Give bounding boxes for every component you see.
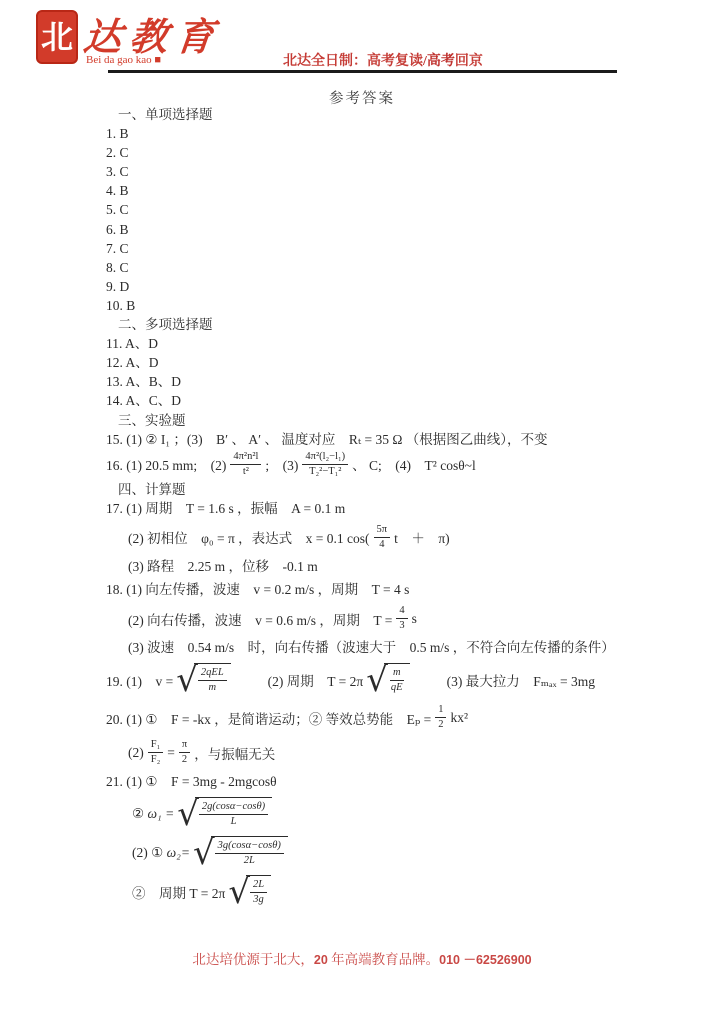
q18-fraction: 4 3 <box>396 605 407 632</box>
section-heading-single-choice: 一、单项选择题 <box>106 105 698 124</box>
q17-text: t ＋ π) <box>394 527 450 547</box>
footer-phone: 010 －62526900 <box>439 953 531 967</box>
answer-q20-part2: (2) F₁ F₂ = π 2 ，与振幅无关 <box>106 737 698 768</box>
answer-item: 8. C <box>106 258 698 277</box>
q19-text: 19. (1) v = <box>106 670 173 690</box>
q20-fraction-half: 1 2 <box>435 704 446 731</box>
radicand: 2qEL m <box>194 663 231 696</box>
answer-item: 2. C <box>106 143 698 162</box>
radicand: m qE <box>384 663 410 696</box>
q16-fraction-2: 4π²(l₂−l₁) T₂²−T₁² <box>302 451 348 478</box>
fraction-denominator: 2 <box>179 753 190 766</box>
fraction-numerator: 2L <box>250 879 267 893</box>
q21-sqrt-2: √ 3g(cosα−cosθ) 2L <box>193 836 288 869</box>
q16-text: 16. (1) 20.5 mm; (2) <box>106 454 226 474</box>
q21-text: ② 周期 T = 2π <box>132 882 225 902</box>
q21-fraction-2: 3g(cosα−cosθ) 2L <box>215 840 284 867</box>
answer-q15: 15. (1) ② I₁ ；(3) B′ 、 A′ 、 温度对应 Rₜ = 35… <box>106 430 698 449</box>
answer-item: 1. B <box>106 124 698 143</box>
seal-stamp-icon: 北 <box>36 10 78 64</box>
answer-q18-part2: (2) 向右传播，波速 v = 0.6 m/s ，周期 T = 4 3 s <box>106 603 698 634</box>
section-heading-multi-choice: 二、多项选择题 <box>106 315 698 334</box>
fraction-numerator: 1 <box>435 704 446 718</box>
fraction-numerator: m <box>390 667 404 681</box>
fraction-denominator: 3g <box>250 893 267 906</box>
circled-two: ② <box>132 806 144 822</box>
answer-q21-omega2: (2) ① ω₂= √ 3g(cosα−cosθ) 2L <box>106 836 698 869</box>
footer-text: 北达培优源于北大， <box>192 952 314 967</box>
q17-fraction: 5π 4 <box>374 524 391 551</box>
fraction-denominator: L <box>228 815 240 828</box>
q16-text: 、 C; (4) T² cosθ~l <box>352 454 476 474</box>
footer-slogan: 北达培优源于北大，20 年高端教育品牌。010 －62526900 <box>0 948 724 968</box>
answer-item: 6. B <box>106 220 698 239</box>
q21-text: (2) ① <box>132 845 163 861</box>
section-heading-experiment: 三、实验题 <box>106 411 698 430</box>
fraction-denominator: t² <box>240 465 252 478</box>
q20-text: 20. (1) ① F = -kx ，是简谐运动；② 等效总势能 Eₚ = <box>106 708 431 728</box>
q21-sqrt-1: √ 2g(cosα−cosθ) L <box>177 797 272 830</box>
radicand: 2g(cosα−cosθ) L <box>195 797 272 830</box>
section-heading-calculation: 四、计算题 <box>106 480 698 499</box>
fraction-denominator: qE <box>388 681 406 694</box>
header-divider <box>108 70 617 73</box>
fraction-denominator: 2L <box>241 854 258 867</box>
answer-item: 4. B <box>106 181 698 200</box>
fraction-numerator: π <box>179 739 190 753</box>
answer-item: 11. A、D <box>106 334 698 353</box>
q18-text: s <box>412 611 417 627</box>
q21-text: ω₂= <box>163 845 190 861</box>
answer-q18-part1: 18. (1) 向左传播，波速 v = 0.2 m/s ，周期 T = 4 s <box>106 580 698 599</box>
tagline-post: 回京 <box>455 54 483 69</box>
answers-content: 一、单项选择题 1. B 2. C 3. C 4. B 5. C 6. B 7.… <box>106 105 698 908</box>
fraction-denominator: 4 <box>376 538 387 551</box>
q19-fraction-1: 2qEL m <box>198 667 227 694</box>
answer-item: 5. C <box>106 200 698 219</box>
q20-text: kx² <box>450 710 468 726</box>
q19-text: (2) 周期 T = 2π <box>268 670 364 690</box>
answer-key-page: 北 达教育 Bei da gao kao ■ 北达全日制：高考复读/高考回京 参… <box>0 0 724 1024</box>
q18-text: (2) 向右传播，波速 v = 0.6 m/s ，周期 T = <box>128 609 392 629</box>
q20-fraction-F: F₁ F₂ <box>148 739 164 766</box>
answer-q21-part1: 21. (1) ① F = 3mg - 2mgcosθ <box>106 772 698 791</box>
fraction-numerator: 3g(cosα−cosθ) <box>215 840 284 854</box>
q19-fraction-2: m qE <box>388 667 406 694</box>
q16-fraction-1: 4π²n²l t² <box>230 451 261 478</box>
q20-text: ，与振幅无关 <box>194 743 275 763</box>
q21-text: ω₁ = <box>144 806 174 822</box>
fraction-numerator: 2g(cosα−cosθ) <box>199 801 268 815</box>
header-tagline: 北达全日制：高考复读/高考回京 <box>283 50 483 70</box>
fraction-numerator: 4 <box>396 605 407 619</box>
q19-sqrt-1: √ 2qEL m <box>176 663 230 696</box>
answer-q21-omega1: ② ω₁ = √ 2g(cosα−cosθ) L <box>106 797 698 830</box>
fraction-numerator: 4π²n²l <box>230 451 261 465</box>
brand-logo: 北 达教育 Bei da gao kao ■ <box>36 8 286 70</box>
answer-item: 7. C <box>106 239 698 258</box>
q17-text: (2) 初相位 φ₀ = π ，表达式 x = 0.1 cos( <box>128 527 370 547</box>
answer-q16: 16. (1) 20.5 mm; (2) 4π²n²l t² ; (3) 4π²… <box>106 449 698 480</box>
footer-text: 年高端教育品牌。 <box>328 952 439 967</box>
answer-item: 14. A、C、D <box>106 391 698 410</box>
answer-q17-part2: (2) 初相位 φ₀ = π ，表达式 x = 0.1 cos( 5π 4 t … <box>106 522 698 553</box>
answer-q19: 19. (1) v = √ 2qEL m (2) 周期 T = 2π √ m q… <box>106 663 698 696</box>
brand-subtext: Bei da gao kao ■ <box>86 54 161 66</box>
answer-item: 9. D <box>106 277 698 296</box>
fraction-numerator: 5π <box>374 524 391 538</box>
radicand: 2L 3g <box>246 875 271 908</box>
q21-fraction-1: 2g(cosα−cosθ) L <box>199 801 268 828</box>
fraction-numerator: 2qEL <box>198 667 227 681</box>
q21-sqrt-3: √ 2L 3g <box>228 875 271 908</box>
answer-q17-part3: (3) 路程 2.25 m ，位移 -0.1 m <box>106 557 698 576</box>
tagline-pre: 北达全日制：高考复读 <box>283 54 423 69</box>
answer-item: 3. C <box>106 162 698 181</box>
fraction-denominator: m <box>205 681 219 694</box>
fraction-denominator: 3 <box>396 619 407 632</box>
q19-sqrt-2: √ m qE <box>366 663 409 696</box>
q16-text: ; (3) <box>265 454 298 474</box>
radicand: 3g(cosα−cosθ) 2L <box>211 836 288 869</box>
equals-sign: = <box>167 745 175 761</box>
fraction-denominator: F₂ <box>148 753 164 766</box>
fraction-denominator: 2 <box>435 718 446 731</box>
brand-name: 达教育 <box>81 6 225 61</box>
answer-item: 13. A、B、D <box>106 372 698 391</box>
answer-q21-period: ② 周期 T = 2π √ 2L 3g <box>106 875 698 908</box>
answer-q20-part1: 20. (1) ① F = -kx ，是简谐运动；② 等效总势能 Eₚ = 1 … <box>106 702 698 733</box>
q20-text: (2) <box>128 745 144 761</box>
fraction-numerator: 4π²(l₂−l₁) <box>302 451 348 465</box>
footer-bold-years: 20 <box>314 953 328 967</box>
tagline-bold: /高考 <box>423 54 455 69</box>
fraction-denominator: T₂²−T₁² <box>306 465 344 478</box>
answer-item: 10. B <box>106 296 698 315</box>
q19-text: (3) 最大拉力 Fₘₐₓ = 3mg <box>447 670 595 690</box>
q20-fraction-pi: π 2 <box>179 739 190 766</box>
answer-q17-part1: 17. (1) 周期 T = 1.6 s ，振幅 A = 0.1 m <box>106 499 698 518</box>
answer-item: 12. A、D <box>106 353 698 372</box>
q21-fraction-3: 2L 3g <box>250 879 267 906</box>
answer-q18-part3: (3) 波速 0.54 m/s 时，向右传播（波速大于 0.5 m/s ，不符合… <box>106 638 698 657</box>
fraction-numerator: F₁ <box>148 739 164 753</box>
